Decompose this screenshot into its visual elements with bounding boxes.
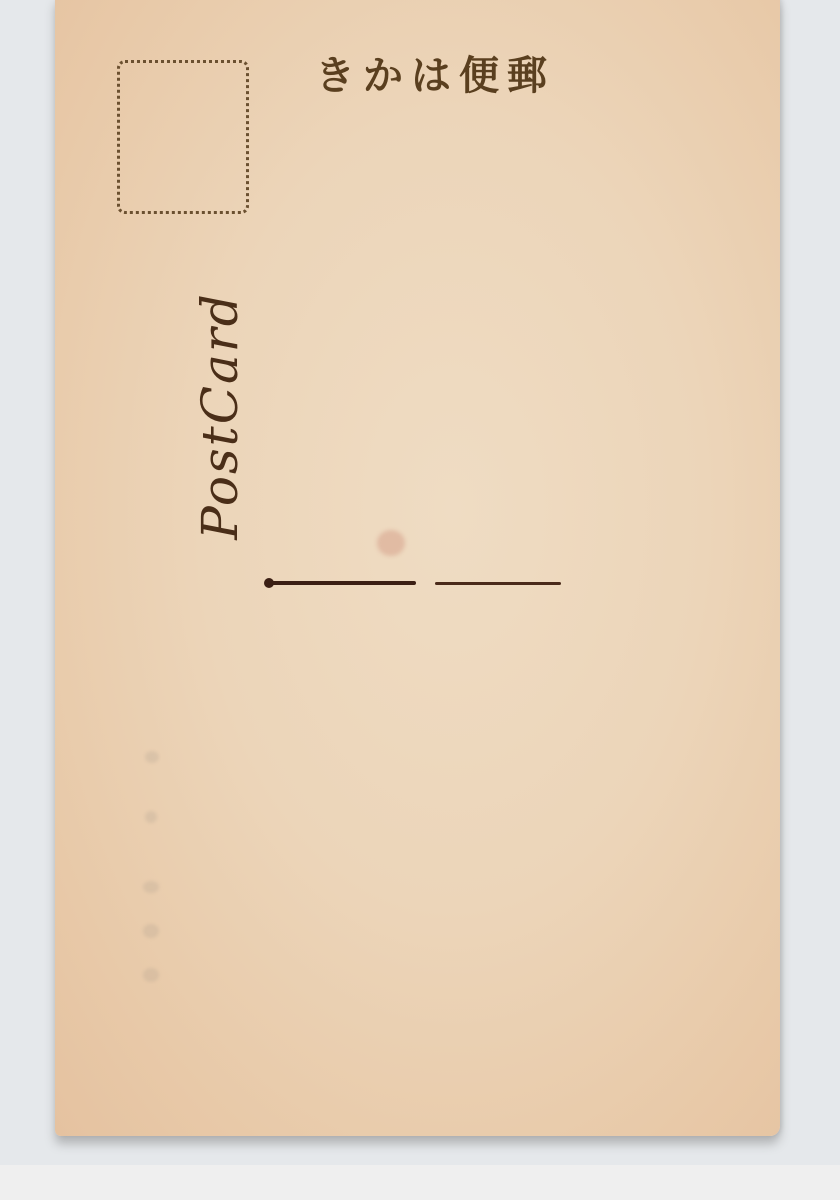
bottom-band [0,1165,840,1200]
postcard-title-japanese: きかは便郵 [305,46,565,106]
stain-spot [377,530,405,556]
address-divider-right [435,582,561,585]
stain [143,924,159,938]
stamp-box [117,60,249,214]
stain [143,968,159,982]
address-divider-left [268,581,416,585]
stain [143,881,159,893]
postcard-label: PostCard [190,261,250,571]
stain [145,751,159,763]
postcard: きかは便郵 PostCard [55,0,780,1136]
stain [145,811,157,823]
